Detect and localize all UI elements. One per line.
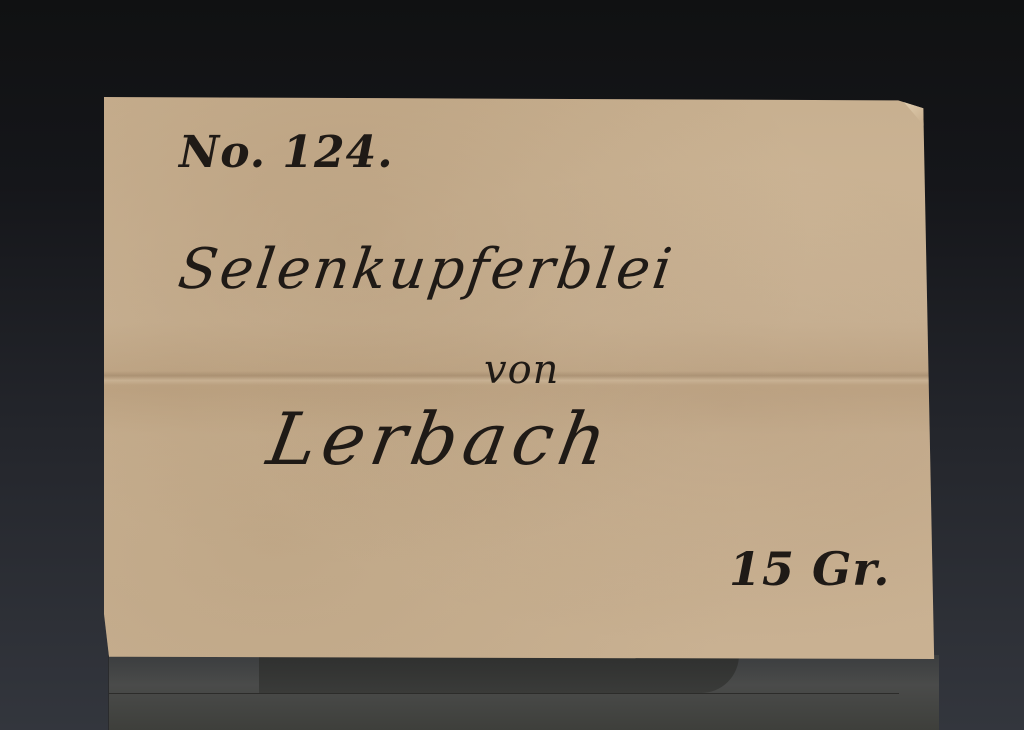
specimen-label: No. 124. Selenkupferblei von Lerbach 15 … xyxy=(104,97,940,659)
stand-edge-line xyxy=(109,693,899,694)
mineral-name: Selenkupferblei xyxy=(174,237,678,302)
folded-corner xyxy=(902,100,932,128)
catalog-number: No. 124. xyxy=(179,127,394,178)
preposition-text: von xyxy=(484,347,559,393)
display-stand xyxy=(108,655,939,730)
price-text: 15 Gr. xyxy=(729,542,890,596)
locality-name: Lerbach xyxy=(262,397,619,481)
stand-shadow xyxy=(259,655,739,693)
